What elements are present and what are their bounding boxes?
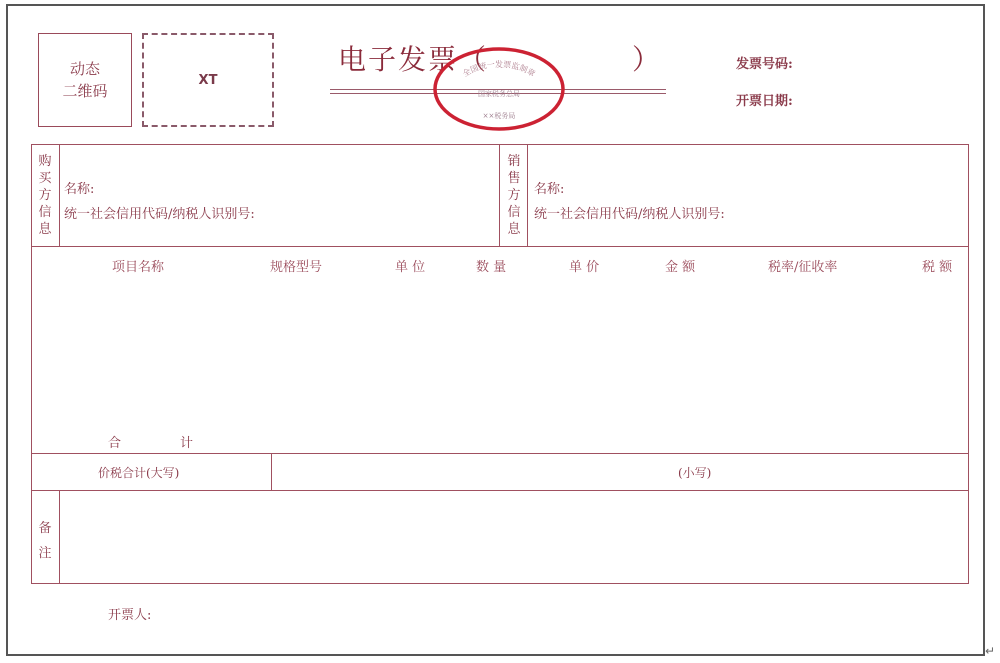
buyer-name-label: 名称: <box>64 178 94 197</box>
paragraph-return-mark-icon: ↵ <box>985 644 995 658</box>
seller-section-label: 销售方信息 <box>506 153 522 238</box>
invoice-title-close-paren: ） <box>632 38 660 78</box>
column-header-item-name: 项目名称 <box>112 256 164 275</box>
invoice-date-label: 开票日期: <box>736 90 793 109</box>
svg-text:全国统一发票监制章: 全国统一发票监制章 <box>461 59 538 79</box>
seller-tax-id-label: 统一社会信用代码/纳税人识别号: <box>534 203 725 222</box>
xt-label: XT <box>199 73 218 88</box>
remarks-label: 备注 <box>37 516 53 566</box>
dynamic-qr-code-placeholder: 动态 二维码 <box>38 33 132 127</box>
grand-total-lowercase-label: (小写) <box>678 464 711 481</box>
divider <box>271 453 272 490</box>
qr-label-line2: 二维码 <box>62 80 107 102</box>
tax-seal-stamp-icon: 全国统一发票监制章 国家税务总局 ××税务局 <box>432 46 566 132</box>
column-header-tax-amount: 税 额 <box>922 256 952 275</box>
grand-total-uppercase-label: 价税合计(大写) <box>98 464 179 481</box>
buyer-tax-id-label: 统一社会信用代码/纳税人识别号: <box>64 203 255 222</box>
divider <box>31 453 969 454</box>
seller-name-label: 名称: <box>534 178 564 197</box>
seal-bottom-text: ××税务局 <box>483 111 516 120</box>
total-label-part1: 合 <box>108 432 121 451</box>
divider <box>527 144 528 246</box>
column-header-amount: 金 额 <box>665 256 695 275</box>
column-header-spec: 规格型号 <box>270 256 322 275</box>
total-label-part2: 计 <box>180 432 193 451</box>
divider <box>499 144 500 246</box>
column-header-unit-price: 单 价 <box>569 256 599 275</box>
seal-middle-text: 国家税务总局 <box>478 89 520 98</box>
divider <box>59 490 60 584</box>
buyer-section-label: 购买方信息 <box>37 153 53 238</box>
seal-top-text: 全国统一发票监制章 <box>461 59 538 79</box>
divider <box>59 144 60 246</box>
qr-label-line1: 动态 <box>62 58 107 80</box>
column-header-tax-rate: 税率/征收率 <box>768 256 837 275</box>
divider <box>31 490 969 491</box>
xt-placeholder-box: XT <box>142 33 274 127</box>
divider <box>31 246 969 247</box>
column-header-unit: 单 位 <box>395 256 425 275</box>
column-header-quantity: 数 量 <box>476 256 506 275</box>
issuer-label: 开票人: <box>108 604 151 623</box>
invoice-number-label: 发票号码: <box>736 53 793 72</box>
